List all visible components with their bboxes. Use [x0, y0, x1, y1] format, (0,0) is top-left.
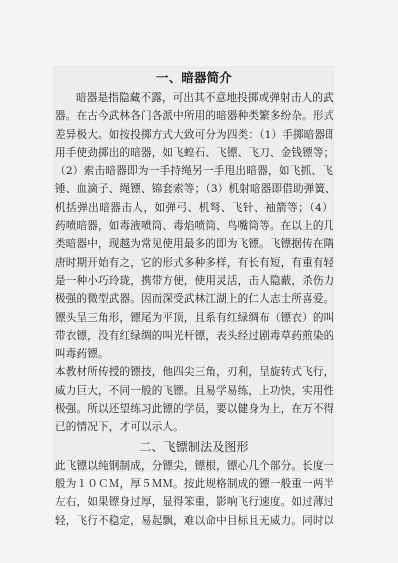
- text-line: 已的情况下，才可以示人。: [55, 418, 333, 436]
- text-line: 唐时期开始有之，它的形式多种多样，有长有短，有重有轻，: [55, 254, 333, 272]
- section-heading-making: 二、飞镖制法及图形: [55, 437, 333, 457]
- text-line: 叫毒药镖。: [55, 345, 333, 363]
- text-line: （2）索击暗器即为一手持绳另一手甩出暗器，如飞抓、飞: [55, 162, 333, 180]
- text-line: 药喷暗器，如毒液喷筒、毒焰喷筒、鸟嘴筒等。在以上的几: [55, 217, 333, 235]
- text-line: 此飞镖以纯钢制成，分镖尖，镖根，镖心几个部分。长度一: [55, 457, 333, 475]
- text-line: 类暗器中，现越为常见使用最多的即为飞镖。飞镖据传在隋: [55, 235, 333, 253]
- text-line: 是一种小巧玲珑，携带方便，使用灵活，击人隐蔽，杀伤力: [55, 272, 333, 290]
- text-line: 差异极大。如按投掷方式大致可分为四类：（1）手掷暗器即: [55, 126, 333, 144]
- section-heading-intro: 一、暗器简介: [55, 67, 333, 89]
- text-line: 极强。所以还望练习此镖的学员，要以健身为上，在万不得: [55, 400, 333, 418]
- text-line: 左右，如果镖身过厚，显得笨重，影响飞行速度。如过薄过: [55, 493, 333, 511]
- text-line: 镖头呈三角形，镖尾为平顶，且系有红绿绸布（镖衣）的叫: [55, 309, 333, 327]
- text-line: 般为１０ＣＭ，厚５ＭＭ。按此规格制成的镖一般重一两半: [55, 475, 333, 493]
- document-body: 一、暗器简介 暗器是指隐藏不露，可出其不意地投掷或弹射击人的武 器。在古今武林各…: [55, 66, 333, 530]
- text-line: 器。在古今武林各门各派中所用的暗器种类繁多纷杂。形式: [55, 107, 333, 125]
- text-line: 暗器是指隐藏不露，可出其不意地投掷或弹射击人的武: [55, 89, 333, 107]
- text-line: 轻，飞行不稳定，易起飘，难以命中目标且无威力。同时以: [55, 512, 333, 530]
- text-line: 极强的微型武器。因而深受武林江湖上的仁人志士所喜爱。: [55, 290, 333, 308]
- text-line: 用手使劲掷出的暗器，如飞蝗石、飞镖、飞刀、金钱镖等；: [55, 144, 333, 162]
- text-line: 带衣镖，没有红绿绸的叫光杆镖，表头经过剧毒草药煎染的: [55, 327, 333, 345]
- text-line: 锤、血滴子、绳镖、锦套索等；（3）机射暗器即借助弹簧、: [55, 180, 333, 198]
- text-line: 威力巨大，不同一般的飞镖。且易学易练，上功快，实用性: [55, 382, 333, 400]
- text-line: 机括弹出暗器击人，如弹弓、机弩、飞针、袖箭等；（4）: [55, 199, 333, 217]
- text-line: 本教材所传授的镖技，他四尖三角，刃利，呈旋转式飞行，: [55, 363, 333, 381]
